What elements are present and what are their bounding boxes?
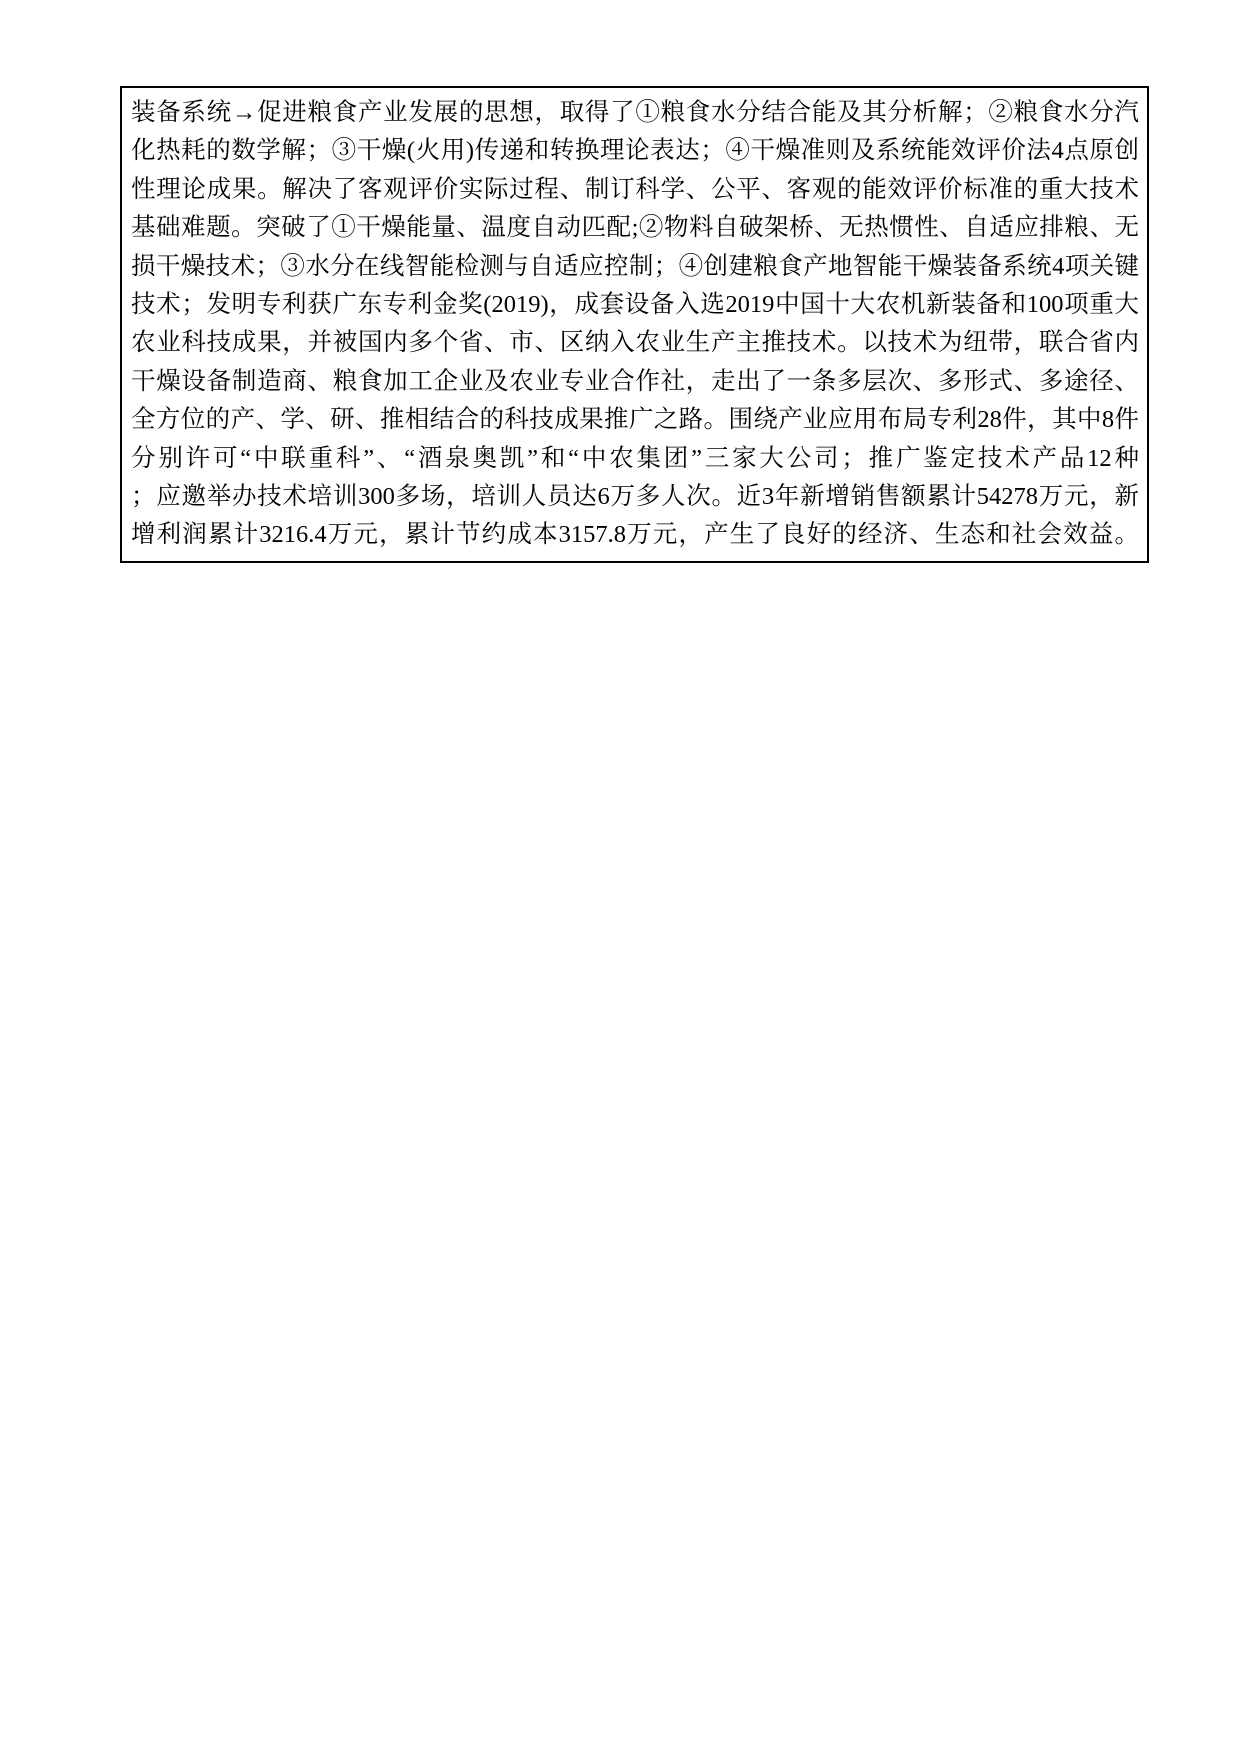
- text-line: 干燥设备制造商、粮食加工企业及农业专业合作社，走出了一条多层次、多形式、多途径、: [131, 363, 1139, 401]
- text-line: ；应邀举办技术培训300多场，培训人员达6万多人次。近3年新增销售额累计5427…: [131, 478, 1139, 516]
- bordered-summary-box: 装备系统→促进粮食产业发展的思想，取得了①粮食水分结合能及其分析解；②粮食水分汽…: [120, 86, 1149, 563]
- text-line: 增利润累计3216.4万元，累计节约成本3157.8万元，产生了良好的经济、生态…: [131, 516, 1139, 554]
- text-line: 化热耗的数学解；③干燥(火用)传递和转换理论表达；④干燥准则及系统能效评价法4点…: [131, 132, 1139, 170]
- text-line: 损干燥技术；③水分在线智能检测与自适应控制；④创建粮食产地智能干燥装备系统4项关…: [131, 248, 1139, 286]
- text-line: 基础难题。突破了①干燥能量、温度自动匹配;②物料自破架桥、无热惯性、自适应排粮、…: [131, 209, 1139, 247]
- text-line: 技术；发明专利获广东专利金奖(2019)，成套设备入选2019中国十大农机新装备…: [131, 286, 1139, 324]
- text-line: 分别许可“中联重科”、“酒泉奥凯”和“中农集团”三家大公司；推广鉴定技术产品12…: [131, 440, 1139, 478]
- text-line: 全方位的产、学、研、推相结合的科技成果推广之路。围绕产业应用布局专利28件，其中…: [131, 401, 1139, 439]
- text-line: 装备系统→促进粮食产业发展的思想，取得了①粮食水分结合能及其分析解；②粮食水分汽: [131, 94, 1139, 132]
- text-line: 性理论成果。解决了客观评价实际过程、制订科学、公平、客观的能效评价标准的重大技术: [131, 171, 1139, 209]
- text-line: 农业科技成果，并被国内多个省、市、区纳入农业生产主推技术。以技术为纽带，联合省内: [131, 324, 1139, 362]
- document-page: 装备系统→促进粮食产业发展的思想，取得了①粮食水分结合能及其分析解；②粮食水分汽…: [0, 0, 1240, 1755]
